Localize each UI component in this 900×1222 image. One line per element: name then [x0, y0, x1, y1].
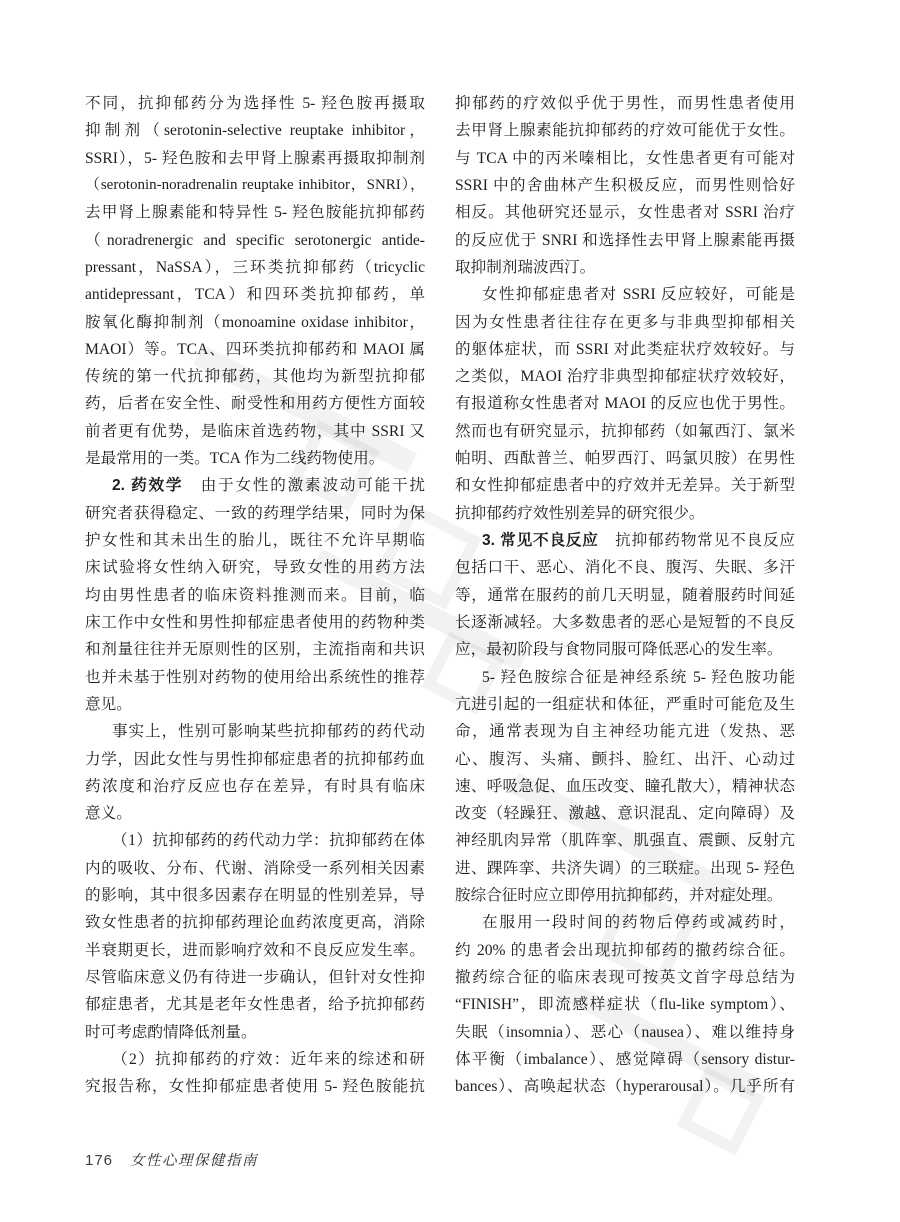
body-text-run: 护女性和其未出生的胎儿，既往不允许早期临: [85, 532, 425, 549]
body-text-run: 究报告称，女性抑郁症患者使用 5- 羟色胺能抗: [85, 1078, 425, 1095]
text-line: pressant，NaSSA），三环类抗抑郁药（tricyclic: [85, 254, 425, 281]
body-text-run: 速、呼吸急促、血压改变、瞳孔散大），精神状态: [455, 778, 795, 795]
body-text-run: 的影响，其中很多因素存在明显的性别差异，导: [85, 887, 425, 904]
body-text-run: 然而也有研究显示，抗抑郁药（如氟西汀、氯米: [455, 423, 795, 440]
text-line: 不同，抗抑郁药分为选择性 5- 羟色胺再摄取: [85, 90, 425, 117]
body-text-run: 的反应优于 SNRI 和选择性去甲肾上腺素能再摄: [455, 232, 795, 249]
text-line: 然而也有研究显示，抗抑郁药（如氟西汀、氯米: [455, 418, 795, 445]
body-text-run: 均由男性患者的临床资料推测而来。目前，临: [85, 587, 425, 604]
body-text-run: 长逐渐减轻。大多数患者的恶心是短暂的不良反: [455, 614, 795, 631]
body-text-run: 5- 羟色胺综合征是神经系统 5- 羟色胺功能: [482, 669, 795, 686]
text-line: 研究者获得稳定、一致的药理学结果，同时为保: [85, 500, 425, 527]
body-text-run: 床工作中女性和男性抑郁症患者使用的药物种类: [85, 614, 425, 631]
text-line: 有报道称女性患者对 MAOI 的反应也优于男性。: [455, 390, 795, 417]
body-text-run: 抗抑郁药疗效性别差异的研究很少。: [455, 505, 705, 522]
text-line: 在服用一段时间的药物后停药或减药时，: [455, 909, 795, 936]
body-text-run: 失眠（insomnia）、恶心（nausea）、难以维持身: [455, 1024, 795, 1041]
body-text-run: 力学，因此女性与男性抑郁症患者的抗抑郁药血: [85, 751, 425, 768]
body-text-run: 帕明、西酞普兰、帕罗西汀、吗氯贝胺）在男性: [455, 450, 795, 467]
text-line: 等，通常在服药的前几天明显，随着服药时间延: [455, 582, 795, 609]
body-text-run: 研究者获得稳定、一致的药理学结果，同时为保: [85, 505, 425, 522]
text-line: 胺氧化酶抑制剂（monoamine oxidase inhibitor，: [85, 309, 425, 336]
body-text-run: pressant，NaSSA），三环类抗抑郁药（tricyclic: [85, 259, 425, 276]
body-text-run: （1）抗抑郁药的药代动力学：抗抑郁药在体: [112, 832, 425, 849]
body-text-run: 前者更有优势，是临床首选药物，其中 SSRI 又: [85, 423, 425, 440]
body-text-run: 相反。其他研究还显示，女性患者对 SSRI 治疗: [455, 204, 795, 221]
text-line: 失眠（insomnia）、恶心（nausea）、难以维持身: [455, 1019, 795, 1046]
body-text-run: 意见。: [85, 696, 132, 713]
document-page: 不同，抗抑郁药分为选择性 5- 羟色胺再摄取抑制剂（serotonin-sele…: [0, 0, 900, 1222]
body-text-run: 和剂量往往并无原则性的区别，主流指南和共识: [85, 641, 425, 658]
text-line: 意义。: [85, 800, 425, 827]
body-text-run: “FINISH”，即流感样症状（flu-like symptom）、: [455, 996, 795, 1013]
body-text-run: 由于女性的激素波动可能干扰: [183, 477, 425, 494]
text-line: （2）抗抑郁药的疗效：近年来的综述和研: [85, 1046, 425, 1073]
body-text-run: 的躯体症状，而 SSRI 对此类症状疗效较好。与: [455, 341, 795, 358]
text-line: MAOI）等。TCA、四环类抗抑郁药和 MAOI 属: [85, 336, 425, 363]
text-line: 前者更有优势，是临床首选药物，其中 SSRI 又: [85, 418, 425, 445]
text-line: 事实上，性别可影响某些抗抑郁药的药代动: [85, 718, 425, 745]
text-line: 半衰期更长，进而影响疗效和不良反应发生率。: [85, 937, 425, 964]
text-line: 和女性抑郁症患者中的疗效并无差异。关于新型: [455, 472, 795, 499]
body-text-run: 不同，抗抑郁药分为选择性 5- 羟色胺再摄取: [85, 95, 425, 112]
text-line: 尽管临床意义仍有待进一步确认，但针对女性抑: [85, 964, 425, 991]
text-line: 速、呼吸急促、血压改变、瞳孔散大），精神状态: [455, 773, 795, 800]
text-line: 胺综合征时应立即停用抗抑郁药，并对症处理。: [455, 882, 795, 909]
text-line: 均由男性患者的临床资料推测而来。目前，临: [85, 582, 425, 609]
text-line: 传统的第一代抗抑郁药，其他均为新型抗抑郁: [85, 363, 425, 390]
text-line: 2. 药效学 由于女性的激素波动可能干扰: [85, 472, 425, 499]
text-line: 因为女性患者往往存在更多与非典型抑郁相关: [455, 309, 795, 336]
text-line: 抑制剂（serotonin-selective reuptake inhibit…: [85, 117, 425, 144]
body-text-run: 约 20% 的患者会出现抗抑郁药的撤药综合征。: [455, 942, 795, 959]
text-line: 命，通常表现为自主神经功能亢进（发热、恶: [455, 718, 795, 745]
text-line: 长逐渐减轻。大多数患者的恶心是短暂的不良反: [455, 609, 795, 636]
text-line: 抑郁药的疗效似乎优于男性，而男性患者使用: [455, 90, 795, 117]
body-text-run: 郁症患者，尤其是老年女性患者，给予抗抑郁药: [85, 996, 425, 1013]
text-line: 应，最初阶段与食物同服可降低恶心的发生率。: [455, 636, 795, 663]
body-text-run: 去甲肾上腺素能和特异性 5- 羟色胺能抗抑郁药: [85, 204, 425, 221]
text-line: bances）、高唤起状态（hyperarousal）。几乎所有: [455, 1073, 795, 1100]
text-line: （serotonin-noradrenalin reuptake inhibit…: [85, 172, 425, 199]
text-line: 药浓度和治疗反应也存在差异，有时具有临床: [85, 773, 425, 800]
body-text-run: 心、腹泻、头痛、颤抖、脸红、出汗、心动过: [455, 751, 795, 768]
body-text-run: 与 TCA 中的丙米嗪相比，女性患者更有可能对: [455, 150, 795, 167]
text-line: （1）抗抑郁药的药代动力学：抗抑郁药在体: [85, 827, 425, 854]
body-text-run: 改变（轻躁狂、激越、意识混乱、定向障碍）及: [455, 805, 795, 822]
body-text-run: 女性抑郁症患者对 SSRI 反应较好，可能是: [482, 286, 795, 303]
text-line: 护女性和其未出生的胎儿，既往不允许早期临: [85, 527, 425, 554]
text-line: 之类似，MAOI 治疗非典型抑郁症状疗效较好，: [455, 363, 795, 390]
page-footer: 176 女性心理保健指南: [85, 1149, 258, 1170]
body-text-run: SSRI），5- 羟色胺和去甲肾上腺素再摄取抑制剂: [85, 150, 425, 167]
text-line: antidepressant，TCA）和四环类抗抑郁药，单: [85, 281, 425, 308]
body-text-run: 去甲肾上腺素能抗抑郁药的疗效可能优于女性。: [455, 122, 795, 139]
text-line: 心、腹泻、头痛、颤抖、脸红、出汗、心动过: [455, 746, 795, 773]
text-line: SSRI 中的舍曲林产生积极反应，而男性则恰好: [455, 172, 795, 199]
text-line: 神经肌肉异常（肌阵挛、肌强直、震颤、反射亢: [455, 827, 795, 854]
body-text-run: 致女性患者的抗抑郁药理论血药浓度更高，消除: [85, 914, 425, 931]
body-text-run: 取抑制剂瑞波西汀。: [455, 259, 595, 276]
text-line: 与 TCA 中的丙米嗪相比，女性患者更有可能对: [455, 145, 795, 172]
text-line: 取抑制剂瑞波西汀。: [455, 254, 795, 281]
body-text-run: （serotonin-noradrenalin reuptake inhibit…: [85, 177, 425, 193]
body-text-run: 等，通常在服药的前几天明显，随着服药时间延: [455, 587, 795, 604]
text-line: 时可考虑酌情降低剂量。: [85, 1019, 425, 1046]
body-text-run: 亢进引起的一组症状和体征，严重时可能危及生: [455, 696, 795, 713]
text-line: （noradrenergic and specific serotonergic…: [85, 227, 425, 254]
body-text-run: 有报道称女性患者对 MAOI 的反应也优于男性。: [455, 395, 795, 412]
text-line: 3. 常见不良反应 抗抑郁药物常见不良反应: [455, 527, 795, 554]
body-text-run: 尽管临床意义仍有待进一步确认，但针对女性抑: [85, 969, 425, 986]
body-text-run: 命，通常表现为自主神经功能亢进（发热、恶: [455, 723, 795, 740]
body-text-run: 内的吸收、分布、代谢、消除受一系列相关因素: [85, 860, 425, 877]
body-text-run: bances）、高唤起状态（hyperarousal）。几乎所有: [455, 1078, 795, 1095]
book-title: 女性心理保健指南: [130, 1149, 258, 1170]
body-text-run: 抑郁药的疗效似乎优于男性，而男性患者使用: [455, 95, 795, 112]
body-text-run: 抗抑郁药物常见不良反应: [599, 532, 795, 549]
text-line: 相反。其他研究还显示，女性患者对 SSRI 治疗: [455, 199, 795, 226]
body-text-run: 传统的第一代抗抑郁药，其他均为新型抗抑郁: [85, 368, 425, 385]
body-text-run: 胺综合征时应立即停用抗抑郁药，并对症处理。: [455, 887, 782, 904]
body-text-run: 半衰期更长，进而影响疗效和不良反应发生率。: [85, 942, 425, 959]
text-line: 内的吸收、分布、代谢、消除受一系列相关因素: [85, 855, 425, 882]
column-left: 不同，抗抑郁药分为选择性 5- 羟色胺再摄取抑制剂（serotonin-sele…: [85, 90, 425, 1101]
text-line: 约 20% 的患者会出现抗抑郁药的撤药综合征。: [455, 937, 795, 964]
text-line: 去甲肾上腺素能抗抑郁药的疗效可能优于女性。: [455, 117, 795, 144]
body-text-run: 意义。: [85, 805, 132, 822]
body-text-run: 撤药综合征的临床表现可按英文首字母总结为: [455, 969, 795, 986]
body-text-run: 也并未基于性别对药物的使用给出系统性的推荐: [85, 669, 425, 686]
body-text-run: MAOI）等。TCA、四环类抗抑郁药和 MAOI 属: [85, 341, 425, 358]
body-text-run: 进、踝阵挛、共济失调）的三联症。出现 5- 羟色: [455, 860, 795, 877]
text-line: 5- 羟色胺综合征是神经系统 5- 羟色胺功能: [455, 664, 795, 691]
body-text-run: 药浓度和治疗反应也存在差异，有时具有临床: [85, 778, 425, 795]
text-line: 体平衡（imbalance）、感觉障碍（sensory distur-: [455, 1046, 795, 1073]
body-text-run: 床试验将女性纳入研究，导致女性的用药方法: [85, 559, 425, 576]
text-line: 郁症患者，尤其是老年女性患者，给予抗抑郁药: [85, 991, 425, 1018]
body-text-run: antidepressant，TCA）和四环类抗抑郁药，单: [85, 286, 425, 303]
body-text-run: 应，最初阶段与食物同服可降低恶心的发生率。: [455, 641, 782, 658]
body-text-run: 事实上，性别可影响某些抗抑郁药的药代动: [112, 723, 425, 740]
text-line: 究报告称，女性抑郁症患者使用 5- 羟色胺能抗: [85, 1073, 425, 1100]
body-text-run: 药，后者在安全性、耐受性和用药方便性方面较: [85, 395, 425, 412]
body-text-run: 抑制剂（serotonin-selective reuptake inhibit…: [85, 122, 425, 139]
text-line: 致女性患者的抗抑郁药理论血药浓度更高，消除: [85, 909, 425, 936]
body-text-run: （noradrenergic and specific serotonergic…: [85, 232, 425, 249]
body-text-run: 是最常用的一类。TCA 作为二线药物使用。: [85, 450, 384, 467]
text-line: 床试验将女性纳入研究，导致女性的用药方法: [85, 554, 425, 581]
body-text-run: 胺氧化酶抑制剂（monoamine oxidase inhibitor，: [85, 314, 425, 331]
text-line: 药，后者在安全性、耐受性和用药方便性方面较: [85, 390, 425, 417]
text-line: 也并未基于性别对药物的使用给出系统性的推荐: [85, 664, 425, 691]
body-text-run: 之类似，MAOI 治疗非典型抑郁症状疗效较好，: [455, 368, 795, 385]
section-heading: 2. 药效学: [112, 477, 183, 494]
section-heading: 3. 常见不良反应: [482, 532, 599, 549]
body-text: 不同，抗抑郁药分为选择性 5- 羟色胺再摄取抑制剂（serotonin-sele…: [85, 90, 795, 1101]
text-line: “FINISH”，即流感样症状（flu-like symptom）、: [455, 991, 795, 1018]
body-text-run: 和女性抑郁症患者中的疗效并无差异。关于新型: [455, 477, 795, 494]
text-line: 帕明、西酞普兰、帕罗西汀、吗氯贝胺）在男性: [455, 445, 795, 472]
text-line: 亢进引起的一组症状和体征，严重时可能危及生: [455, 691, 795, 718]
text-line: 床工作中女性和男性抑郁症患者使用的药物种类: [85, 609, 425, 636]
body-text-run: （2）抗抑郁药的疗效：近年来的综述和研: [112, 1051, 425, 1068]
text-line: 撤药综合征的临床表现可按英文首字母总结为: [455, 964, 795, 991]
text-line: 抗抑郁药疗效性别差异的研究很少。: [455, 500, 795, 527]
text-line: 的躯体症状，而 SSRI 对此类症状疗效较好。与: [455, 336, 795, 363]
text-line: SSRI），5- 羟色胺和去甲肾上腺素再摄取抑制剂: [85, 145, 425, 172]
body-text-run: 在服用一段时间的药物后停药或减药时，: [482, 914, 795, 931]
body-text-run: 时可考虑酌情降低剂量。: [85, 1024, 257, 1041]
text-line: 女性抑郁症患者对 SSRI 反应较好，可能是: [455, 281, 795, 308]
text-line: 包括口干、恶心、消化不良、腹泻、失眠、多汗: [455, 554, 795, 581]
body-text-run: 神经肌肉异常（肌阵挛、肌强直、震颤、反射亢: [455, 832, 795, 849]
page-number: 176: [85, 1152, 113, 1169]
body-text-run: 体平衡（imbalance）、感觉障碍（sensory distur-: [455, 1051, 795, 1068]
text-line: 的影响，其中很多因素存在明显的性别差异，导: [85, 882, 425, 909]
text-line: 意见。: [85, 691, 425, 718]
body-text-run: 包括口干、恶心、消化不良、腹泻、失眠、多汗: [455, 559, 795, 576]
text-line: 力学，因此女性与男性抑郁症患者的抗抑郁药血: [85, 746, 425, 773]
column-right: 抑郁药的疗效似乎优于男性，而男性患者使用去甲肾上腺素能抗抑郁药的疗效可能优于女性…: [455, 90, 795, 1101]
text-line: 的反应优于 SNRI 和选择性去甲肾上腺素能再摄: [455, 227, 795, 254]
text-line: 改变（轻躁狂、激越、意识混乱、定向障碍）及: [455, 800, 795, 827]
text-line: 是最常用的一类。TCA 作为二线药物使用。: [85, 445, 425, 472]
text-line: 和剂量往往并无原则性的区别，主流指南和共识: [85, 636, 425, 663]
text-line: 进、踝阵挛、共济失调）的三联症。出现 5- 羟色: [455, 855, 795, 882]
body-text-run: SSRI 中的舍曲林产生积极反应，而男性则恰好: [455, 177, 795, 194]
body-text-run: 因为女性患者往往存在更多与非典型抑郁相关: [455, 314, 795, 331]
text-line: 去甲肾上腺素能和特异性 5- 羟色胺能抗抑郁药: [85, 199, 425, 226]
